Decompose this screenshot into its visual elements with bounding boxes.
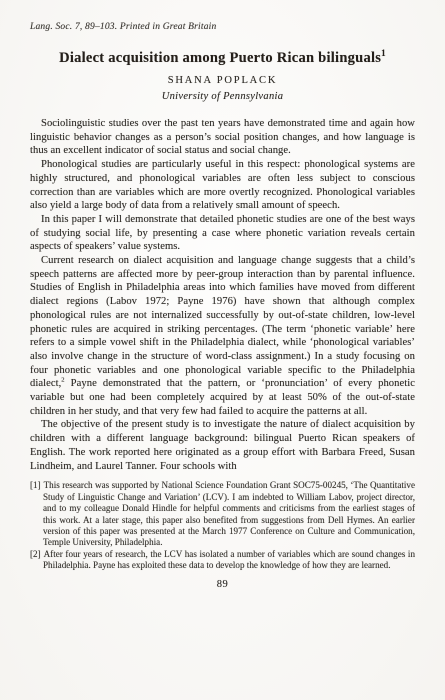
author-name: SHANA POPLACK: [30, 75, 415, 86]
article-title: Dialect acquisition among Puerto Rican b…: [30, 50, 415, 67]
scanned-paper-page: Lang. Soc. 7, 89–103. Printed in Great B…: [0, 0, 445, 700]
footnote-marker: [1]: [30, 480, 44, 490]
body-paragraph: The objective of the present study is to…: [30, 418, 415, 473]
footnote: [2]After four years of research, the LCV…: [30, 549, 415, 572]
footnote-text: This research was supported by National …: [43, 480, 415, 547]
journal-citation: Lang. Soc. 7, 89–103. Printed in Great B…: [30, 22, 415, 33]
paragraph-text: Current research on dialect acquisition …: [30, 255, 415, 389]
page-number: 89: [30, 579, 415, 590]
body-paragraph: Phonological studies are particularly us…: [30, 158, 415, 213]
footnote-text: After four years of research, the LCV ha…: [43, 549, 415, 570]
footnotes-section: [1]This research was supported by Nation…: [30, 480, 415, 571]
footnote-marker: [2]: [30, 549, 44, 559]
body-paragraph: Sociolinguistic studies over the past te…: [30, 117, 415, 158]
article-body: Sociolinguistic studies over the past te…: [30, 117, 415, 473]
article-title-text: Dialect acquisition among Puerto Rican b…: [59, 50, 381, 66]
footnote: [1]This research was supported by Nation…: [30, 480, 415, 548]
paragraph-text: Payne demonstrated that the pattern, or …: [30, 378, 415, 416]
author-affiliation: University of Pennsylvania: [30, 91, 415, 102]
body-paragraph: In this paper I will demonstrate that de…: [30, 213, 415, 254]
body-paragraph: Current research on dialect acquisition …: [30, 254, 415, 418]
title-footnote-marker: 1: [381, 48, 386, 58]
